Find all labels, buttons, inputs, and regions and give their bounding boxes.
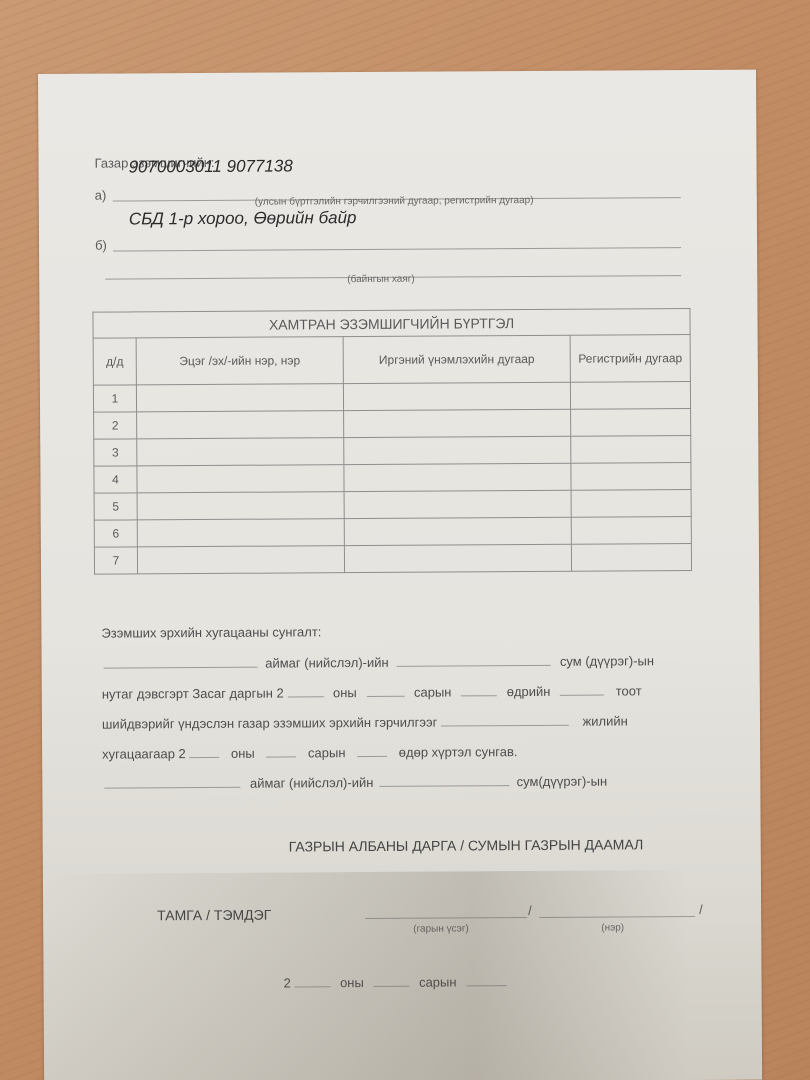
- month-label: сарын: [414, 684, 452, 699]
- table-row: 6: [94, 517, 691, 548]
- decision-day-blank[interactable]: [461, 683, 497, 696]
- name-cell[interactable]: [137, 546, 344, 574]
- land-certificate-page: Газар эзэмшигчийн: 9070003011 9077138 а)…: [38, 70, 762, 1080]
- extension-line-1: аймаг (нийслэл)-ийн сум (дүүрэг)-ын: [104, 652, 655, 671]
- id-card-cell[interactable]: [344, 409, 571, 437]
- extension-line-4: хугацаагаар 2 оны сарын өдөр хүртэл сунг…: [102, 743, 517, 762]
- until-month-blank[interactable]: [266, 744, 296, 757]
- until-year-blank[interactable]: [189, 745, 219, 758]
- certificate-basis-label: шийдвэрийг үндэслэн газар эзэмших эрхийн…: [102, 715, 437, 732]
- row-number: 4: [94, 466, 137, 493]
- line-a-caption: (улсын бүртгэлийн гэрчилгээний дугаар, р…: [255, 195, 534, 208]
- table-row: 7: [94, 544, 691, 575]
- row-number: 7: [94, 547, 137, 574]
- governor-decision-label: нутаг дэвсгэрт Засаг даргын 2: [102, 686, 284, 702]
- sign-year-blank[interactable]: [294, 974, 330, 987]
- address-value[interactable]: СБД 1-р хороо, Өөрийн байр: [129, 208, 357, 229]
- id-card-cell[interactable]: [344, 490, 571, 518]
- decision-year-blank[interactable]: [287, 684, 323, 697]
- table-row: 1: [93, 382, 690, 413]
- table-title: ХАМТРАН ЭЗЭМШИГЧИЙН БҮРТГЭЛ: [93, 309, 690, 339]
- col-header-register: Регистрийн дугаар: [570, 335, 690, 383]
- col-header-number: д/д: [93, 338, 136, 385]
- years-label: жилийн: [583, 713, 628, 728]
- register-cell[interactable]: [570, 382, 690, 410]
- official-title: ГАЗРЫН АЛБАНЫ ДАРГА / СУМЫН ГАЗРЫН ДААМА…: [289, 836, 644, 854]
- year-label: оны: [333, 685, 357, 700]
- id-card-cell[interactable]: [343, 382, 570, 410]
- row-number: 2: [94, 412, 137, 439]
- years-blank[interactable]: [441, 713, 569, 727]
- name-caption: (нэр): [601, 922, 624, 933]
- sign-month-blank[interactable]: [373, 974, 409, 987]
- coowner-registration-table: ХАМТРАН ЭЗЭМШИГЧИЙН БҮРТГЭЛ д/д Эцэг /эх…: [92, 308, 692, 575]
- col-header-name: Эцэг /эх/-ийн нэр, нэр: [136, 337, 343, 385]
- id-card-cell[interactable]: [344, 436, 571, 464]
- date-prefix: 2: [284, 975, 291, 990]
- id-card-cell[interactable]: [344, 517, 571, 545]
- signature-slash: /: [528, 903, 532, 918]
- stamp-label: ТАМГА / ТЭМДЭГ: [157, 907, 271, 924]
- row-number: 5: [94, 493, 137, 520]
- aimag-blank-2[interactable]: [104, 775, 240, 789]
- aimag-label: аймаг (нийслэл)-ийн: [265, 655, 389, 671]
- register-cell[interactable]: [571, 409, 691, 437]
- extension-line-5: аймаг (нийслэл)-ийн сум(дүүрэг)-ын: [104, 773, 607, 792]
- table-row: 4: [94, 463, 691, 494]
- signature-date: 2 оны сарын: [284, 973, 507, 990]
- line-b-underline: [113, 247, 681, 251]
- register-cell[interactable]: [571, 544, 691, 572]
- table-row: 2: [94, 409, 691, 440]
- register-cell[interactable]: [571, 436, 691, 464]
- row-number: 1: [93, 385, 136, 412]
- signature-caption: (гарын үсэг): [413, 923, 469, 934]
- name-cell[interactable]: [137, 465, 344, 493]
- name-slash: /: [699, 902, 703, 917]
- certificate-number-value[interactable]: 9070003011 9077138: [129, 156, 293, 177]
- signature-line[interactable]: [365, 917, 527, 919]
- decision-number-blank[interactable]: [560, 683, 604, 696]
- number-label: тоот: [616, 683, 642, 698]
- id-card-cell[interactable]: [344, 544, 571, 572]
- name-cell[interactable]: [137, 438, 344, 466]
- name-cell[interactable]: [136, 384, 343, 412]
- row-number: 3: [94, 439, 137, 466]
- month-label: сарын: [419, 974, 457, 989]
- aimag-blank[interactable]: [104, 655, 258, 669]
- table-row: 5: [94, 490, 691, 521]
- name-cell[interactable]: [137, 411, 344, 439]
- sum-label: сум (дүүрэг)-ын: [560, 653, 654, 669]
- sum-blank-2[interactable]: [379, 773, 509, 787]
- sign-day-blank[interactable]: [466, 973, 506, 986]
- term-label: хугацаагаар 2: [102, 746, 186, 762]
- register-cell[interactable]: [571, 463, 691, 491]
- table-row: 3: [94, 436, 691, 467]
- year-label: оны: [231, 746, 255, 761]
- year-label: оны: [340, 975, 364, 990]
- line-b-caption: (байнгын хаяг): [347, 274, 415, 285]
- col-header-id-card: Иргэний үнэмлэхийн дугаар: [343, 335, 570, 383]
- line-b-prefix: б): [95, 238, 107, 253]
- name-cell[interactable]: [137, 519, 344, 547]
- aimag-label-2: аймаг (нийслэл)-ийн: [250, 775, 374, 791]
- name-line[interactable]: [539, 916, 695, 918]
- line-a-prefix: а): [95, 188, 107, 203]
- day-label: өдрийн: [507, 684, 551, 699]
- name-cell[interactable]: [137, 492, 344, 520]
- sum-blank[interactable]: [396, 653, 550, 667]
- extension-line-3: шийдвэрийг үндэслэн газар эзэмших эрхийн…: [102, 712, 628, 731]
- decision-month-blank[interactable]: [366, 684, 404, 697]
- sum-label-2: сум(дүүрэг)-ын: [517, 774, 608, 790]
- row-number: 6: [94, 520, 137, 547]
- extension-heading: Эзэмших эрхийн хугацааны сунгалт:: [101, 624, 321, 640]
- extended-until-label: өдөр хүртэл сунгав.: [399, 744, 518, 760]
- id-card-cell[interactable]: [344, 463, 571, 491]
- month-label: сарын: [308, 745, 346, 760]
- extension-line-2: нутаг дэвсгэрт Засаг даргын 2 оны сарын …: [102, 682, 642, 701]
- register-cell[interactable]: [571, 490, 691, 518]
- register-cell[interactable]: [571, 517, 691, 545]
- until-day-blank[interactable]: [357, 744, 387, 757]
